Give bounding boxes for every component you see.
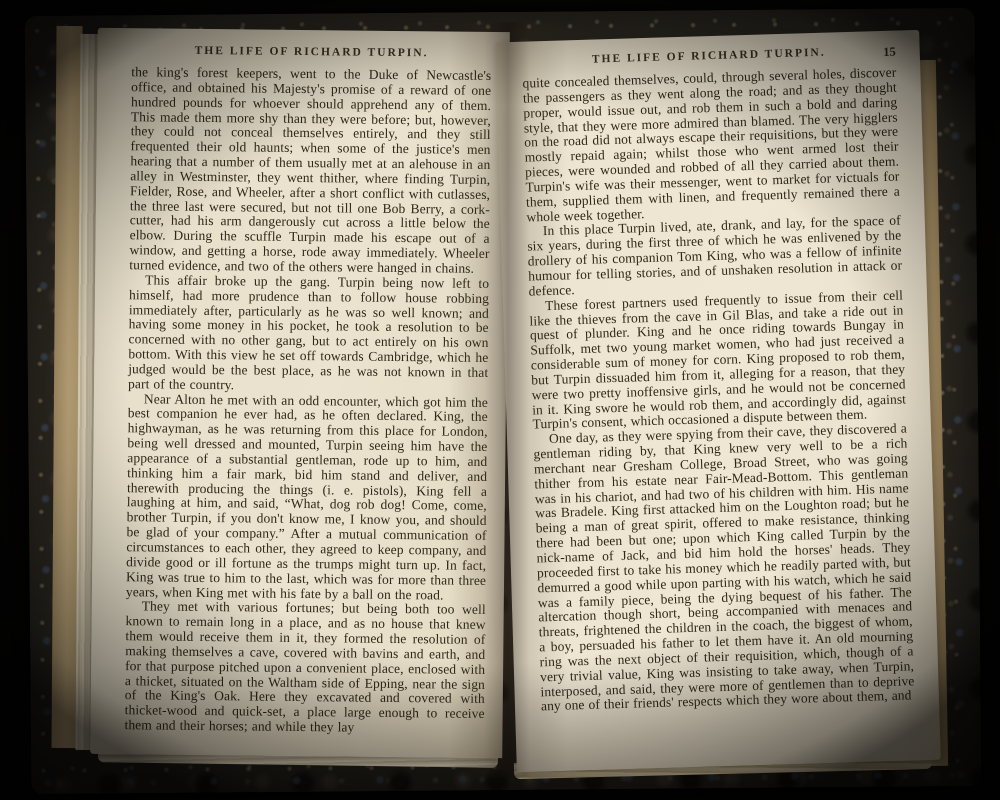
left-page-text: the king's forest keepers, went to the D…: [124, 65, 491, 737]
left-paragraph-3: Near Alton he met with an odd encounter,…: [126, 392, 488, 604]
left-page: THE LIFE OF RICHARD TURPIN. the king's f…: [90, 28, 510, 758]
right-running-head-title: THE LIFE OF RICHARD TURPIN.: [592, 47, 826, 66]
photo-background: THE LIFE OF RICHARD TURPIN. the king's f…: [0, 0, 1000, 800]
right-paragraph-2: In this place Turpin lived, ate, drank, …: [527, 214, 903, 299]
spine-gutter-shadow: [448, 22, 568, 778]
right-paragraph-1: quite concealed themselves, could, throu…: [522, 66, 900, 225]
left-paragraph-4: They met with various fortunes; but bein…: [124, 600, 485, 737]
right-running-head: THE LIFE OF RICHARD TURPIN. 15: [522, 45, 896, 68]
right-page-text: quite concealed themselves, could, throu…: [522, 66, 915, 715]
left-running-head: THE LIFE OF RICHARD TURPIN.: [132, 44, 492, 60]
right-paragraph-3: These forest partners used frequently to…: [529, 288, 907, 433]
page-number: 15: [883, 45, 896, 60]
left-paragraph-1: the king's forest keepers, went to the D…: [129, 65, 491, 277]
right-paragraph-4: One day, as they were spying from their …: [533, 422, 915, 715]
left-paragraph-2: This affair broke up the gang. Turpin be…: [128, 273, 489, 396]
